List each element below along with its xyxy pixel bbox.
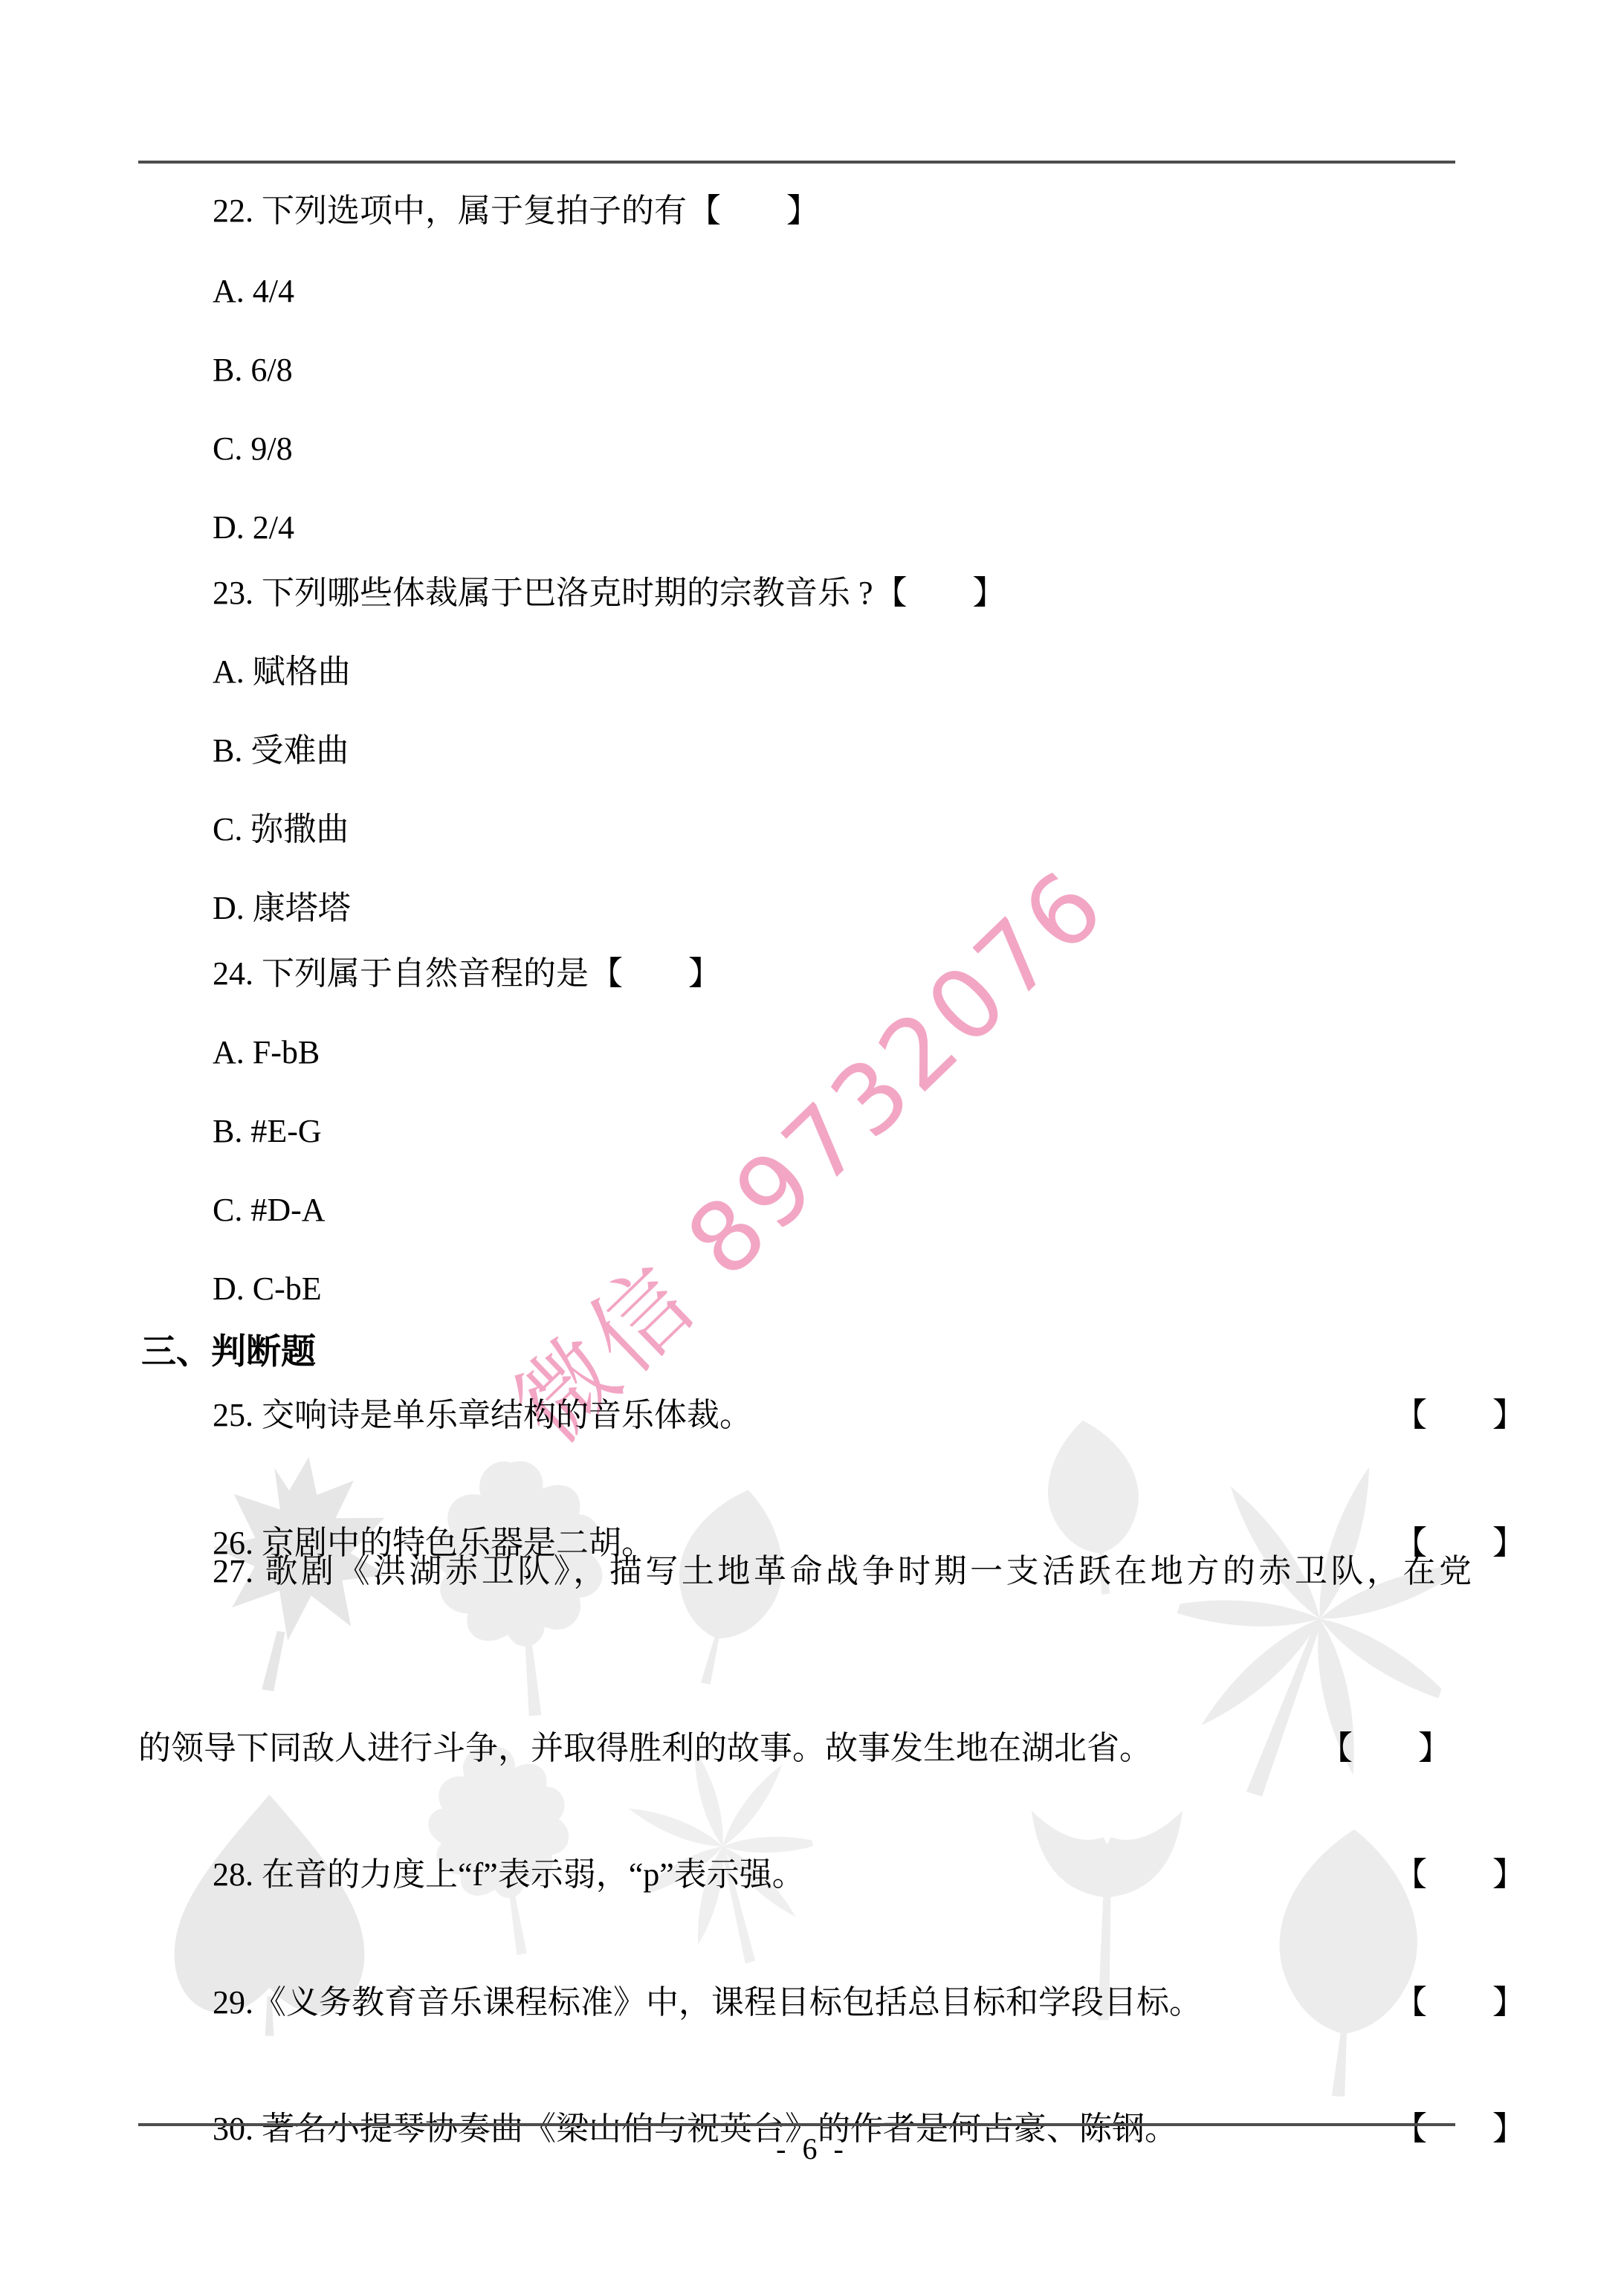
option-line-23d: D. 康塔塔 bbox=[138, 884, 1550, 933]
judgment-text: 的领导下同敌人进行斗争，并取得胜利的故事。故事发生地在湖北省。 bbox=[138, 1730, 1152, 1766]
judgment-line-27-first: 27. 歌剧《洪湖赤卫队》，描写土地革命战争时期一支活跃在地方的赤卫队，在党 bbox=[213, 1547, 1472, 1596]
answer-bracket: 【 】 bbox=[1394, 1978, 1525, 2027]
judgment-text: 29.《义务教育音乐课程标准》中，课程目标包括总目标和学段目标。 bbox=[213, 1984, 1202, 2021]
option-line-24b: B. #E-G bbox=[138, 1107, 1550, 1156]
question-text: 22. 下列选项中，属于复拍子的有 bbox=[213, 193, 687, 229]
answer-bracket: 【 】 bbox=[590, 955, 721, 992]
judgment-text: 28. 在音的力度上“f”表示弱，“p”表示强。 bbox=[213, 1856, 805, 1893]
answer-bracket: 【 】 bbox=[1320, 1724, 1451, 1773]
page-number: - 6 - bbox=[0, 2128, 1624, 2170]
answer-bracket: 【 】 bbox=[1394, 1391, 1525, 1440]
question-text: 23. 下列哪些体裁属于巴洛克时期的宗教音乐 ? bbox=[213, 575, 873, 611]
option-line-22b: B. 6/8 bbox=[138, 346, 1550, 395]
option-line-24d: D. C-bE bbox=[138, 1265, 1550, 1314]
option-line-23a: A. 赋格曲 bbox=[138, 648, 1550, 697]
question-line-23: 23. 下列哪些体裁属于巴洛克时期的宗教音乐 ?【 】 bbox=[138, 569, 1550, 618]
answer-bracket: 【 】 bbox=[1394, 1850, 1525, 1899]
option-line-22c: C. 9/8 bbox=[138, 424, 1550, 474]
judgment-line-29: 29.《义务教育音乐课程标准》中，课程目标包括总目标和学段目标。【 】 bbox=[138, 1978, 1550, 2027]
exam-page: 微信 89732076 22. 下列选项中，属于复拍子的有【 】 A. 4/4 … bbox=[0, 0, 1624, 2283]
answer-bracket: 【 】 bbox=[875, 575, 1006, 611]
footer-divider bbox=[138, 2123, 1455, 2126]
question-text: 24. 下列属于自然音程的是 bbox=[213, 955, 589, 992]
judgment-text: 25. 交响诗是单乐章结构的音乐体裁。 bbox=[213, 1397, 752, 1433]
judgment-line-25: 25. 交响诗是单乐章结构的音乐体裁。【 】 bbox=[138, 1391, 1550, 1440]
judgment-line-27-second: 的领导下同敌人进行斗争，并取得胜利的故事。故事发生地在湖北省。【 】 bbox=[138, 1724, 1476, 1773]
section-heading-judgment: 三、判断题 bbox=[141, 1327, 316, 1376]
header-divider bbox=[138, 161, 1455, 164]
question-line-24: 24. 下列属于自然音程的是【 】 bbox=[138, 949, 1550, 998]
option-line-24c: C. #D-A bbox=[138, 1186, 1550, 1235]
option-line-23b: B. 受难曲 bbox=[138, 726, 1550, 775]
option-line-23c: C. 弥撒曲 bbox=[138, 805, 1550, 854]
judgment-line-28: 28. 在音的力度上“f”表示弱，“p”表示强。【 】 bbox=[138, 1850, 1550, 1899]
option-line-22a: A. 4/4 bbox=[138, 267, 1550, 316]
answer-bracket: 【 】 bbox=[688, 193, 819, 229]
question-line-22: 22. 下列选项中，属于复拍子的有【 】 bbox=[138, 187, 1550, 236]
option-line-22d: D. 2/4 bbox=[138, 503, 1550, 552]
option-line-24a: A. F-bB bbox=[138, 1028, 1550, 1077]
heart-leaf-icon bbox=[160, 1736, 379, 2082]
